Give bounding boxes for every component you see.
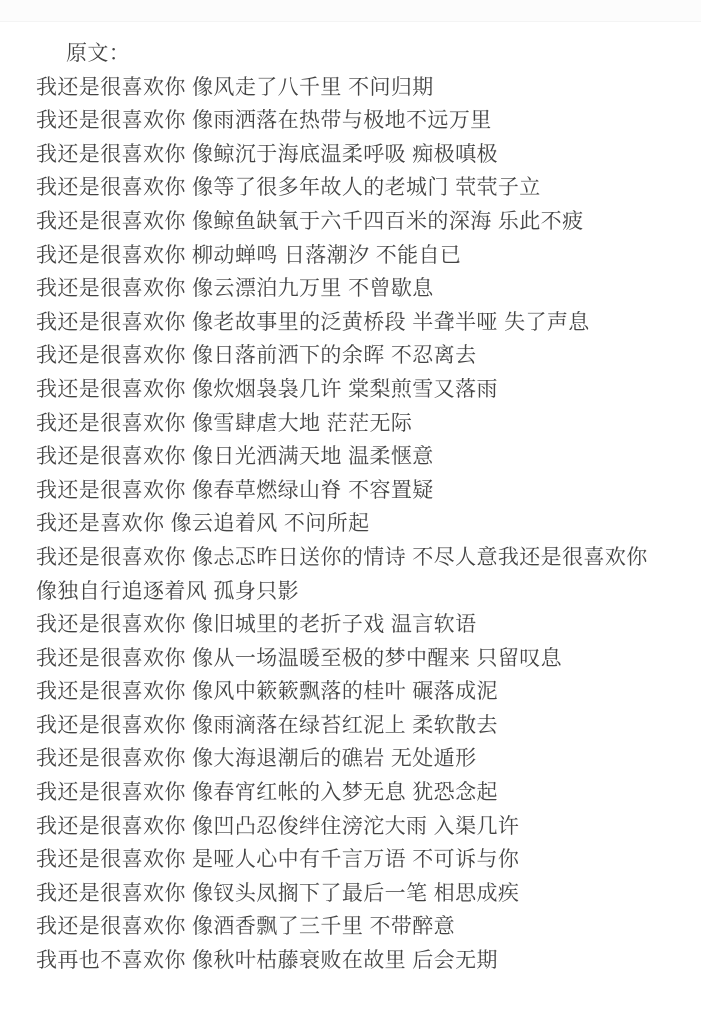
top-edge-band [0,0,701,22]
poem-line: 我还是很喜欢你 像炊烟袅袅几许 棠梨煎雪又落雨 [36,373,685,407]
document-title: 原文： [36,37,685,71]
poem-line: 我还是很喜欢你 像等了很多年故人的老城门 茕茕子立 [36,171,685,205]
poem-line: 我还是很喜欢你 像日落前洒下的余晖 不忍离去 [36,339,685,373]
poem-line: 我还是很喜欢你 像雨滴落在绿苔红泥上 柔软散去 [36,709,685,743]
poem-line: 我还是很喜欢你 像老故事里的泛黄桥段 半聋半哑 失了声息 [36,306,685,340]
poem-line: 我还是很喜欢你 像鲸鱼缺氧于六千四百米的深海 乐此不疲 [36,205,685,239]
poem-line: 我还是很喜欢你 像酒香飘了三千里 不带醉意 [36,910,685,944]
poem-line: 我还是很喜欢你 像钗头凤搁下了最后一笔 相思成疾 [36,877,685,911]
poem-line: 我还是很喜欢你 像春草燃绿山脊 不容置疑 [36,474,685,508]
poem-line: 我还是很喜欢你 是哑人心中有千言万语 不可诉与你 [36,843,685,877]
poem-line: 我还是喜欢你 像云追着风 不问所起 [36,507,685,541]
poem-line: 我还是很喜欢你 像鲸沉于海底温柔呼吸 痴极嗔极 [36,138,685,172]
poem-line: 我还是很喜欢你 像云漂泊九万里 不曾歇息 [36,272,685,306]
poem-line: 我还是很喜欢你 像风中簌簌飘落的桂叶 碾落成泥 [36,675,685,709]
poem-line: 像独自行追逐着风 孤身只影 [36,575,685,609]
poem-line: 我还是很喜欢你 像雪肆虐大地 茫茫无际 [36,407,685,441]
poem-line: 我还是很喜欢你 像日光洒满天地 温柔惬意 [36,440,685,474]
poem-line: 我还是很喜欢你 像春宵红帐的入梦无息 犹恐念起 [36,776,685,810]
poem-line: 我还是很喜欢你 像风走了八千里 不问归期 [36,71,685,105]
poem-line: 我还是很喜欢你 像大海退潮后的礁岩 无处遁形 [36,742,685,776]
poem-line: 我再也不喜欢你 像秋叶枯藤衰败在故里 后会无期 [36,944,685,978]
poem-document: 原文： 我还是很喜欢你 像风走了八千里 不问归期 我还是很喜欢你 像雨洒落在热带… [36,37,685,978]
poem-line: 我还是很喜欢你 像凹凸忍俊绊住滂沱大雨 入渠几许 [36,810,685,844]
poem-line: 我还是很喜欢你 像旧城里的老折子戏 温言软语 [36,608,685,642]
poem-line: 我还是很喜欢你 像忐忑昨日送你的情诗 不尽人意我还是很喜欢你 [36,541,685,575]
poem-line: 我还是很喜欢你 柳动蝉鸣 日落潮汐 不能自已 [36,239,685,273]
poem-line: 我还是很喜欢你 像从一场温暖至极的梦中醒来 只留叹息 [36,642,685,676]
poem-line: 我还是很喜欢你 像雨洒落在热带与极地不远万里 [36,104,685,138]
